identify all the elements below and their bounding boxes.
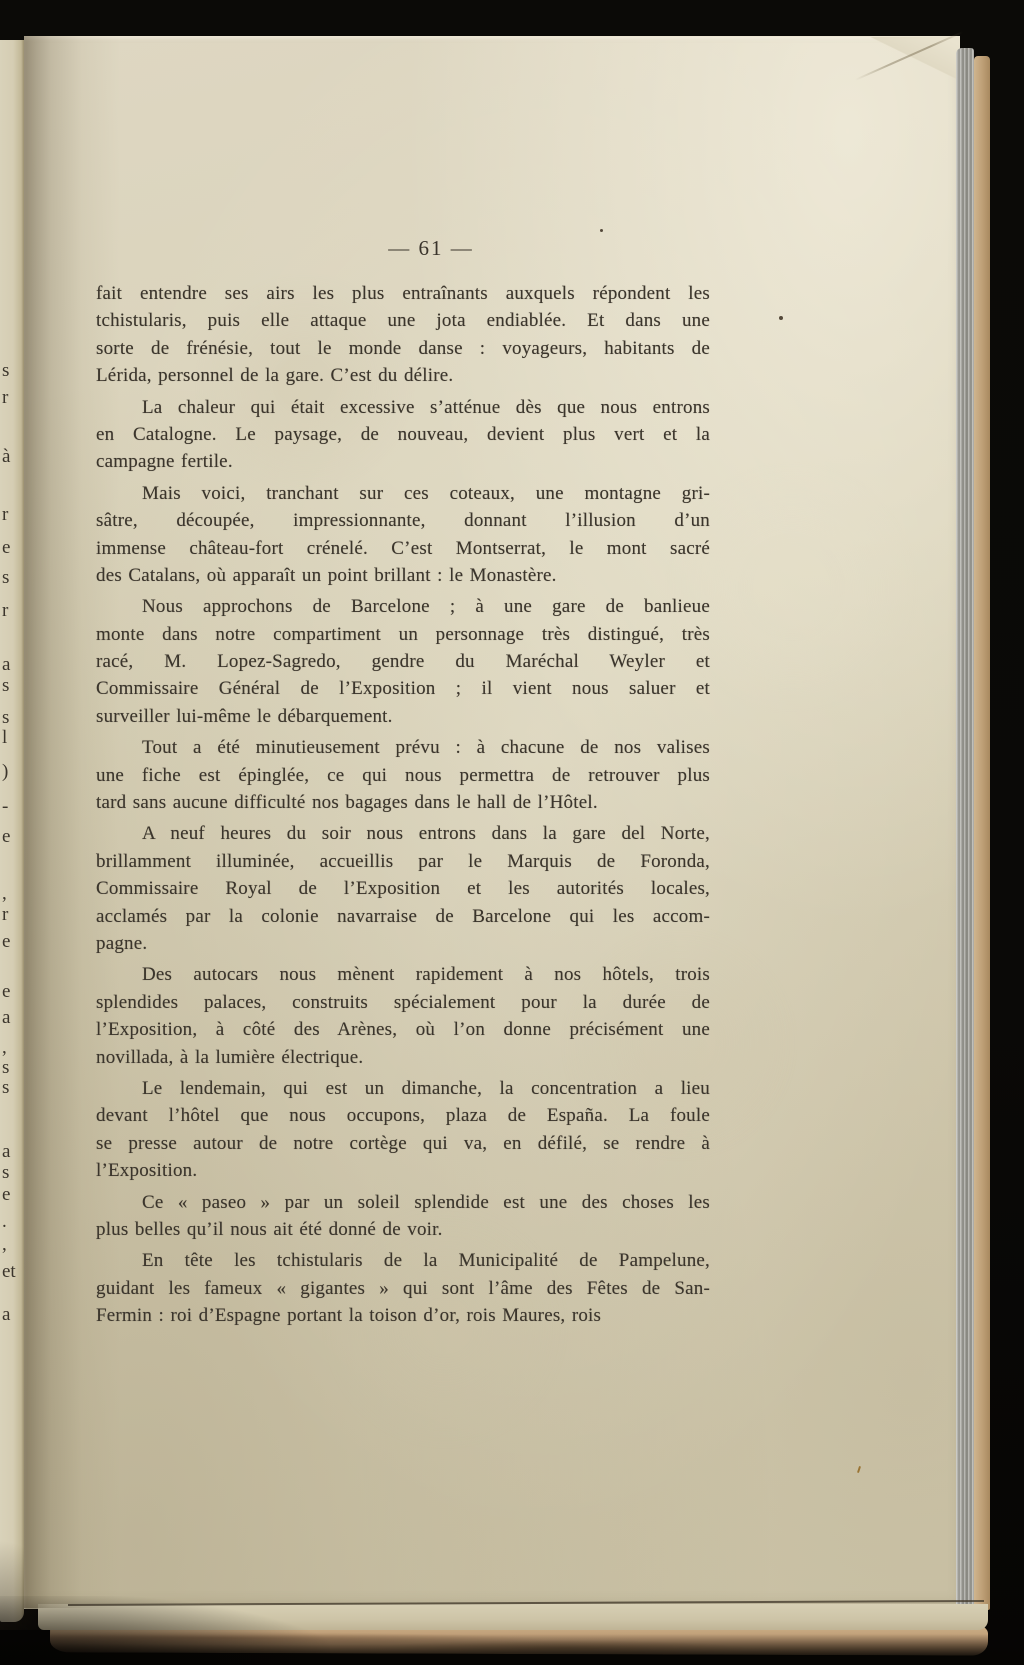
margin-fragment: s (2, 568, 9, 587)
text-line: en Catalogne. Le paysage, de nouveau, de… (96, 421, 710, 448)
corner-fold-line (855, 31, 964, 81)
text-line: Lérida, personnel de la gare. C’est du d… (96, 362, 710, 389)
margin-fragment: et (2, 1262, 16, 1281)
margin-fragment: e (2, 538, 10, 557)
text-line: plus belles qu’il nous ait été donné de … (96, 1216, 710, 1243)
text-line: Des autocars nous mènent rapidement à no… (96, 961, 710, 988)
margin-fragment: l (2, 728, 7, 747)
text-line: monte dans notre compartiment un personn… (96, 621, 710, 648)
text-line: campagne fertile. (96, 448, 710, 475)
text-line: Fermin : roi d’Espagne portant la toison… (96, 1302, 710, 1329)
ink-speck (600, 229, 603, 232)
margin-fragment: e (2, 982, 10, 1001)
margin-fragment: - (2, 797, 8, 816)
page-stack-edge-gray (956, 48, 974, 1606)
margin-fragment: , (2, 884, 7, 903)
text-line: Ce « paseo » par un soleil splendide est… (96, 1189, 710, 1216)
text-line: guidant les fameux « gigantes » qui sont… (96, 1275, 710, 1302)
margin-fragment: e (2, 827, 10, 846)
text-line: sâtre, découpée, impressionnante, donnan… (96, 507, 710, 534)
margin-fragment: à (2, 447, 10, 466)
text-line: Commissaire Général de l’Exposition ; il… (96, 675, 710, 702)
margin-fragment: s (2, 361, 9, 380)
bottom-left-shadow (0, 1596, 330, 1665)
paragraph: Le lendemain, qui est un dimanche, la co… (96, 1075, 710, 1185)
text-line: Le lendemain, qui est un dimanche, la co… (96, 1075, 710, 1102)
margin-fragment: a (2, 1142, 10, 1161)
text-line: brillamment illuminée, accueillis par le… (96, 848, 710, 875)
corner-fold (856, 37, 960, 89)
text-line: immense château-fort crénelé. C’est Mont… (96, 535, 710, 562)
text-line: fait entendre ses airs les plus entraîna… (96, 280, 710, 307)
margin-fragment: s (2, 676, 9, 695)
text-block: fait entendre ses airs les plus entraîna… (96, 280, 710, 1329)
margin-fragment: s (2, 1058, 9, 1077)
text-line: novillada, à la lumière électrique. (96, 1044, 710, 1071)
margin-fragment: s (2, 1078, 9, 1097)
text-line: l’Exposition. (96, 1157, 710, 1184)
text-line: se presse autour de notre cortège qui va… (96, 1130, 710, 1157)
paragraph: Des autocars nous mènent rapidement à no… (96, 961, 710, 1071)
text-line: A neuf heures du soir nous entrons dans … (96, 820, 710, 847)
margin-fragment: r (2, 388, 8, 407)
paragraph: fait entendre ses airs les plus entraîna… (96, 280, 710, 390)
text-line: La chaleur qui était excessive s’atténue… (96, 394, 710, 421)
text-line: des Catalans, où apparaît un point brill… (96, 562, 710, 589)
margin-fragment: s (2, 708, 9, 727)
paragraph: Tout a été minutieusement prévu : à chac… (96, 734, 710, 816)
text-line: pagne. (96, 930, 710, 957)
margin-fragment: s (2, 1163, 9, 1182)
margin-fragment: , (2, 1235, 7, 1254)
margin-fragment: e (2, 932, 10, 951)
margin-fragment: a (2, 1305, 10, 1324)
text-line: surveiller lui-même le débarquement. (96, 703, 710, 730)
text-line: sorte de frénésie, tout le monde danse :… (96, 335, 710, 362)
margin-fragment: . (2, 1212, 7, 1231)
text-line: devant l’hôtel que nous occupons, plaza … (96, 1102, 710, 1129)
ink-speck (779, 316, 783, 320)
text-line: une fiche est épinglée, ce qui nous perm… (96, 762, 710, 789)
margin-fragment: r (2, 505, 8, 524)
margin-fragment: ) (2, 762, 8, 781)
text-line: splendides palaces, construits spécialem… (96, 989, 710, 1016)
paragraph: En tête les tchistularis de la Municipal… (96, 1247, 710, 1329)
page-number: — 61 — (359, 236, 503, 261)
page-stack-edge-tan (974, 56, 990, 1610)
text-line: l’Exposition, à côté des Arènes, où l’on… (96, 1016, 710, 1043)
text-line: Nous approchons de Barcelone ; à une gar… (96, 593, 710, 620)
text-line: acclamés par la colonie navarraise de Ba… (96, 903, 710, 930)
margin-fragment: r (2, 601, 8, 620)
scanned-book-photo: sràresrassl)-e,reea,ssase.,eta — 61 — fa… (0, 0, 1024, 1665)
margin-fragment: , (2, 1038, 7, 1057)
paragraph: A neuf heures du soir nous entrons dans … (96, 820, 710, 957)
text-line: En tête les tchistularis de la Municipal… (96, 1247, 710, 1274)
margin-fragment: a (2, 1008, 10, 1027)
text-line: Mais voici, tranchant sur ces coteaux, u… (96, 480, 710, 507)
paragraph: La chaleur qui était excessive s’atténue… (96, 394, 710, 476)
text-line: Commissaire Royal de l’Exposition et les… (96, 875, 710, 902)
text-line: tard sans aucune difficulté nos bagages … (96, 789, 710, 816)
margin-fragment: a (2, 655, 10, 674)
text-line: racé, M. Lopez-Sagredo, gendre du Maréch… (96, 648, 710, 675)
margin-fragment: r (2, 905, 8, 924)
margin-fragment: e (2, 1185, 10, 1204)
paragraph: Ce « paseo » par un soleil splendide est… (96, 1189, 710, 1244)
paragraph: Mais voici, tranchant sur ces coteaux, u… (96, 480, 710, 590)
paragraph: Nous approchons de Barcelone ; à une gar… (96, 593, 710, 730)
text-line: Tout a été minutieusement prévu : à chac… (96, 734, 710, 761)
text-line: tchistularis, puis elle attaque une jota… (96, 307, 710, 334)
